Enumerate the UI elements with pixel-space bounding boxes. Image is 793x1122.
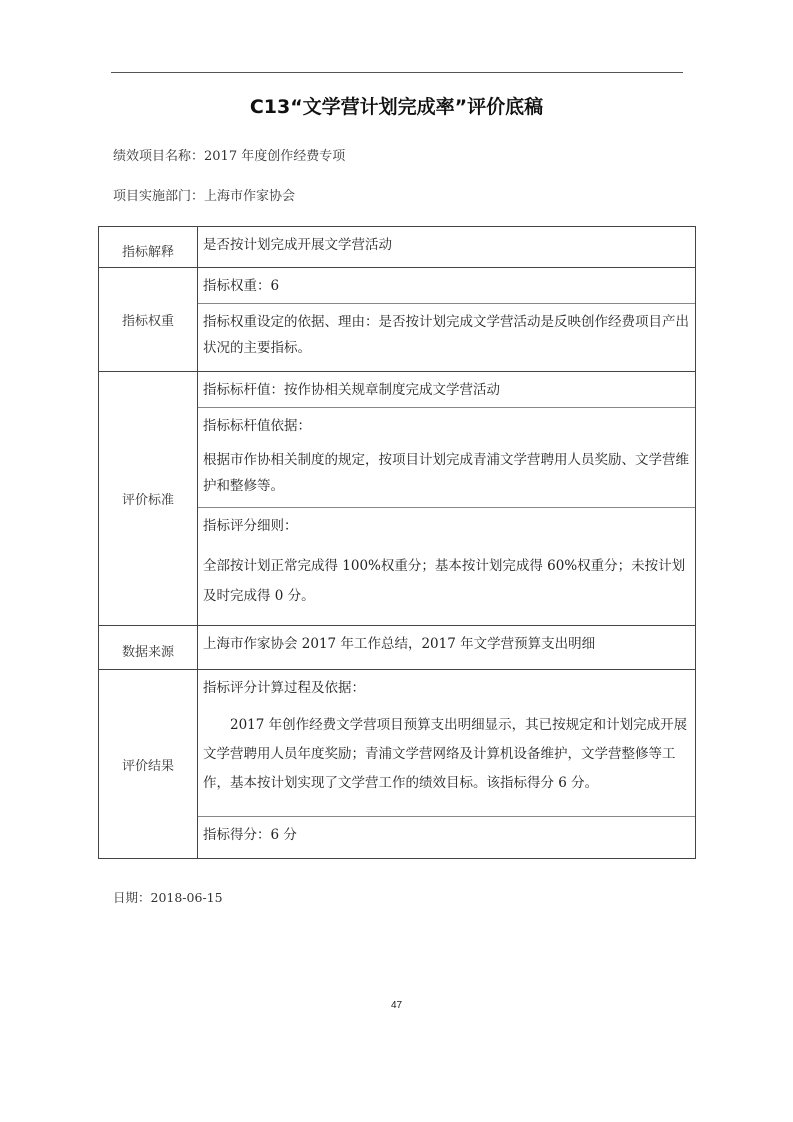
benchmark-basis-text: 根据市作协相关制度的规定，按项目计划完成青浦文学营聘用人员奖励、文学营维护和整修… (203, 447, 689, 499)
page-title: C13“文学营计划完成率”评价底稿 (0, 92, 793, 119)
indicator-weight: 指标权重：6 (198, 268, 695, 303)
table-row: 评价结果 指标评分计算过程及依据： 2017 年创作经费文学营项目预算支出明细显… (99, 670, 696, 859)
benchmark-basis-block: 指标标杆值依据： 根据市作协相关制度的规定，按项目计划完成青浦文学营聘用人员奖励… (198, 407, 695, 507)
scoring-rules-heading: 指标评分细则： (203, 513, 689, 539)
calculation-text: 2017 年创作经费文学营项目预算支出明细显示，其已按规定和计划完成开展文学营聘… (203, 711, 689, 798)
row-label: 评价结果 (99, 670, 198, 859)
project-name: 绩效项目名称：2017 年度创作经费专项 (113, 145, 345, 164)
indicator-explanation: 是否按计划完成开展文学营活动 (198, 227, 695, 258)
indicator-score: 指标得分：6 分 (198, 816, 695, 858)
date: 日期：2018-06-15 (113, 888, 223, 906)
calculation-block: 指标评分计算过程及依据： 2017 年创作经费文学营项目预算支出明细显示，其已按… (198, 670, 695, 816)
row-content: 指标权重：6 指标权重设定的依据、理由：是否按计划完成文学营活动是反映创作经费项… (198, 268, 696, 372)
benchmark-value: 指标标杆值：按作协相关规章制度完成文学营活动 (198, 372, 695, 407)
weight-rationale: 指标权重设定的依据、理由：是否按计划完成文学营活动是反映创作经费项目产出状况的主… (198, 303, 695, 371)
header-rule (111, 72, 683, 73)
calculation-heading: 指标评分计算过程及依据： (203, 675, 689, 701)
table-row: 指标解释 是否按计划完成开展文学营活动 (99, 227, 696, 268)
evaluation-table: 指标解释 是否按计划完成开展文学营活动 指标权重 指标权重：6 指标权重设定的依… (98, 226, 696, 859)
page-number: 47 (0, 1000, 793, 1011)
table-row: 数据来源 上海市作家协会 2017 年工作总结，2017 年文学营预算支出明细 (99, 626, 696, 670)
implementing-department: 项目实施部门：上海市作家协会 (113, 185, 295, 204)
row-label: 数据来源 (99, 626, 198, 670)
row-label: 评价标准 (99, 372, 198, 626)
table-row: 评价标准 指标标杆值：按作协相关规章制度完成文学营活动 指标标杆值依据： 根据市… (99, 372, 696, 626)
row-label: 指标权重 (99, 268, 198, 372)
row-content: 是否按计划完成开展文学营活动 (198, 227, 696, 268)
scoring-rules-block: 指标评分细则： 全部按计划正常完成得 100%权重分；基本按计划完成得 60%权… (198, 507, 695, 625)
data-source: 上海市作家协会 2017 年工作总结，2017 年文学营预算支出明细 (198, 626, 695, 657)
row-content: 上海市作家协会 2017 年工作总结，2017 年文学营预算支出明细 (198, 626, 696, 670)
benchmark-basis-heading: 指标标杆值依据： (203, 413, 689, 439)
row-content: 指标标杆值：按作协相关规章制度完成文学营活动 指标标杆值依据： 根据市作协相关制… (198, 372, 696, 626)
scoring-rules-text: 全部按计划正常完成得 100%权重分；基本按计划完成得 60%权重分；未按计划及… (203, 551, 689, 611)
table-row: 指标权重 指标权重：6 指标权重设定的依据、理由：是否按计划完成文学营活动是反映… (99, 268, 696, 372)
row-label: 指标解释 (99, 227, 198, 268)
row-content: 指标评分计算过程及依据： 2017 年创作经费文学营项目预算支出明细显示，其已按… (198, 670, 696, 859)
